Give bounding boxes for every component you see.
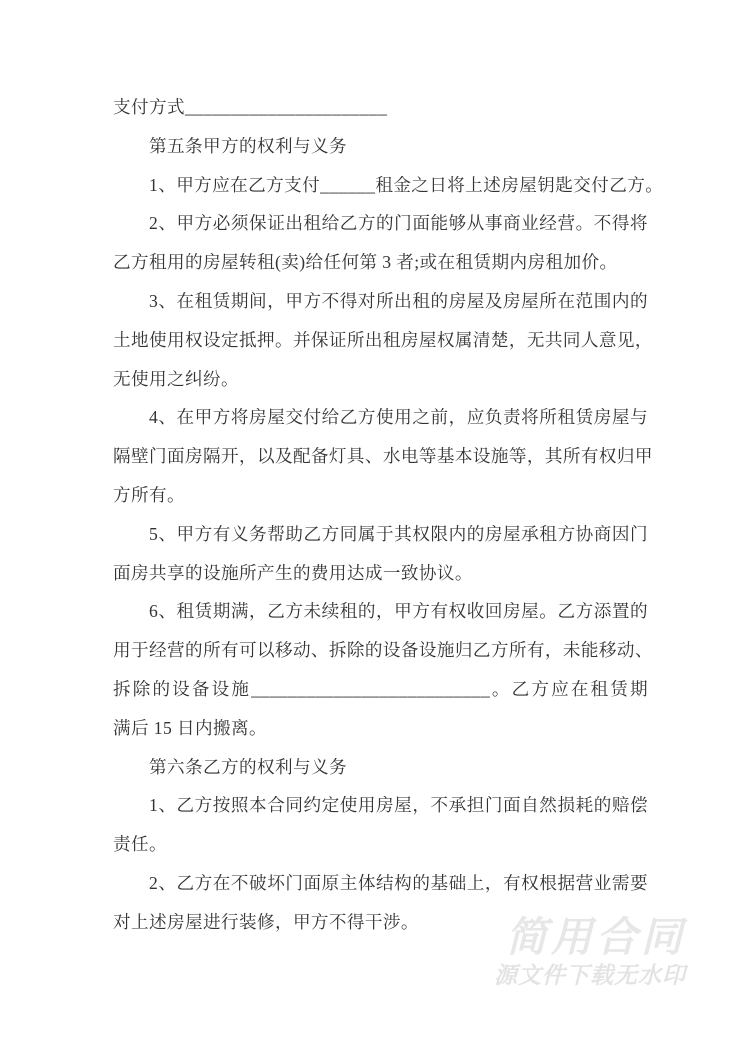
watermark: 简用合同 源文件下载无水印	[494, 914, 686, 988]
contract-line: 隔壁门面房隔开，以及配备灯具、水电等基本设施等，其所有权归甲	[113, 437, 648, 476]
contract-line: 2、乙方在不破坏门面原主体结构的基础上，有权根据营业需要	[113, 864, 648, 903]
contract-line: 拆除的设备设施__________________________。乙方应在租赁…	[113, 670, 648, 709]
watermark-brand-text: 简用合同	[494, 914, 686, 960]
heading-article-5: 第五条甲方的权利与义务	[113, 127, 648, 166]
contract-line: 1、乙方按照本合同约定使用房屋，不承担门面自然损耗的赔偿	[113, 786, 648, 825]
watermark-tagline-text: 源文件下载无水印	[494, 962, 686, 988]
contract-line: 用于经营的所有可以移动、拆除的设备设施归乙方所有，未能移动、	[113, 631, 648, 670]
contract-line: 责任。	[113, 825, 648, 864]
contract-line: 6、租赁期满，乙方未续租的，甲方有权收回房屋。乙方添置的	[113, 592, 648, 631]
heading-article-6: 第六条乙方的权利与义务	[113, 748, 648, 787]
contract-body: 支付方式______________________ 第五条甲方的权利与义务 1…	[113, 88, 648, 942]
contract-line: 3、在租赁期间，甲方不得对所出租的房屋及房屋所在范围内的	[113, 282, 648, 321]
contract-line: 4、在甲方将房屋交付给乙方使用之前，应负责将所租赁房屋与	[113, 398, 648, 437]
contract-line: 1、甲方应在乙方支付______租金之日将上述房屋钥匙交付乙方。	[113, 166, 648, 205]
contract-line: 满后 15 日内搬离。	[113, 709, 648, 748]
contract-line: 土地使用权设定抵押。并保证所出租房屋权属清楚，无共同人意见，	[113, 321, 648, 360]
contract-line: 2、甲方必须保证出租给乙方的门面能够从事商业经营。不得将	[113, 204, 648, 243]
contract-line: 方所有。	[113, 476, 648, 515]
contract-page: 支付方式______________________ 第五条甲方的权利与义务 1…	[0, 0, 742, 1049]
contract-line: 5、甲方有义务帮助乙方同属于其权限内的房屋承租方协商因门	[113, 515, 648, 554]
contract-line: 乙方租用的房屋转租(卖)给任何第 3 者;或在租赁期内房租加价。	[113, 243, 648, 282]
payment-method-blank-line: 支付方式______________________	[113, 88, 648, 127]
contract-line: 无使用之纠纷。	[113, 360, 648, 399]
contract-line: 面房共享的设施所产生的费用达成一致协议。	[113, 554, 648, 593]
